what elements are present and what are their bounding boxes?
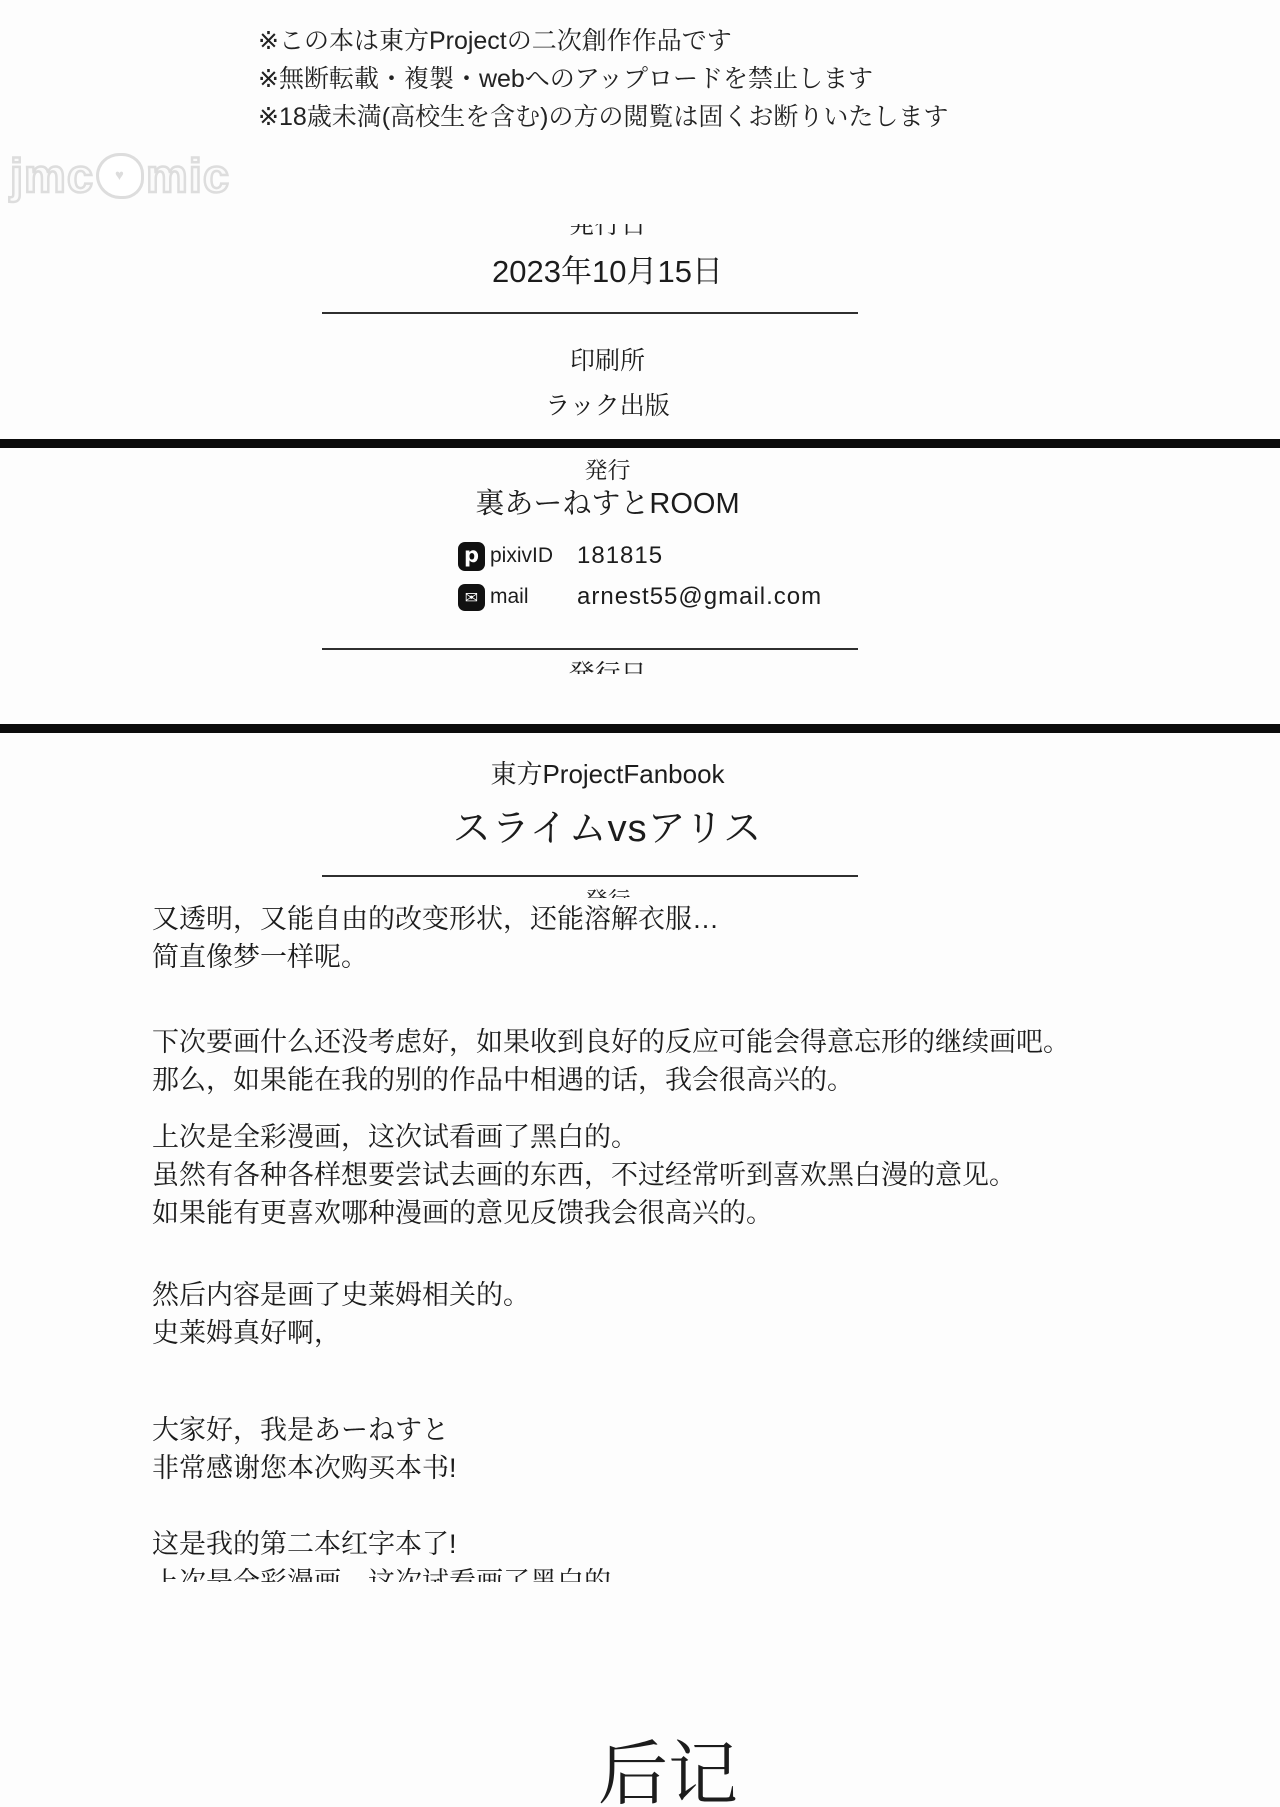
disclaimer-line: ※この本は東方Projectの二次創作作品です [258, 22, 948, 60]
afterword-paragraph-6: 这是我的第二本红字本了! 上次是全彩漫画，这次试看画了黑白的 [152, 1525, 611, 1582]
pixiv-row: p pixivID 181815 [458, 542, 553, 570]
printer-value: ラック出版 [0, 386, 1215, 422]
publish-date-label-clipped-2: 発行日 [0, 660, 1215, 674]
printer-label: 印刷所 [0, 341, 1215, 377]
afterword-line: 如果能有更喜欢哪种漫画的意见反馈我会很高兴的。 [152, 1194, 1016, 1232]
afterword-paragraph-4: 然后内容是画了史莱姆相关的。 史莱姆真好啊， [152, 1276, 530, 1352]
afterword-paragraph-5: 大家好，我是あーねすと 非常感谢您本次购买本书! [152, 1411, 457, 1487]
afterword-line: 大家好，我是あーねすと [152, 1411, 457, 1449]
disclaimer-line: ※18歳未満(高校生を含む)の方の閲覧は固くお断りいたします [258, 98, 948, 136]
disclaimer-line: ※無断転載・複製・webへのアップロードを禁止します [258, 60, 948, 98]
divider-line-1 [322, 312, 858, 314]
heart-icon: ♥ [115, 167, 125, 184]
series-name: 東方ProjectFanbook [0, 754, 1215, 791]
afterword-paragraph-2: 下次要画什么还没考虑好，如果收到良好的反应可能会得意忘形的继续画吧。 那么，如果… [152, 1023, 1070, 1099]
afterword-line: 非常感谢您本次购买本书! [152, 1449, 457, 1487]
publish-date-label-clipped: 発行日 [0, 224, 1215, 239]
afterword-line: 那么，如果能在我的别的作品中相遇的话，我会很高兴的。 [152, 1061, 1070, 1099]
afterword-line: 下次要画什么还没考虑好，如果收到良好的反应可能会得意忘形的继续画吧。 [152, 1023, 1070, 1061]
book-title: スライムvsアリス [0, 797, 1215, 852]
pixiv-label: pixivID [490, 544, 553, 568]
divider-line-2 [322, 648, 858, 650]
afterword-line: 简直像梦一样呢。 [152, 938, 719, 976]
pixiv-id-value: 181815 [577, 542, 663, 570]
afterword-line: 这是我的第二本红字本了! [152, 1525, 611, 1563]
afterword-heading: 后记 [598, 1737, 738, 1807]
afterword-line-clipped: 上次是全彩漫画，这次试看画了黑白的 [152, 1563, 611, 1582]
afterword-paragraph-1: 又透明，又能自由的改变形状，还能溶解衣服… 简直像梦一样呢。 [152, 900, 719, 976]
afterword-line: 史莱姆真好啊， [152, 1314, 530, 1352]
divider-line-3 [322, 875, 858, 877]
publish-date-value: 2023年10月15日 [0, 246, 1215, 291]
mail-row: ✉ mail arnest55@gmail.com [458, 583, 529, 611]
afterword-line: 上次是全彩漫画，这次试看画了黑白的。 [152, 1118, 1016, 1156]
watermark-text-right: mic [146, 148, 230, 203]
afterword-paragraph-3: 上次是全彩漫画，这次试看画了黑白的。 虽然有各种各样想要尝试去画的东西，不过经常… [152, 1118, 1016, 1232]
mail-label: mail [490, 585, 529, 609]
afterword-line: 然后内容是画了史莱姆相关的。 [152, 1276, 530, 1314]
publisher-circle-name: 裏あーねすとROOM [0, 481, 1215, 522]
jmcomic-watermark: jmc ♥ mic [10, 148, 230, 203]
disclaimer-block: ※この本は東方Projectの二次創作作品です ※無断転載・複製・webへのアッ… [258, 22, 948, 136]
jmcomic-mascot-icon: ♥ [96, 153, 144, 199]
black-bar-2 [0, 724, 1280, 733]
pixiv-icon: p [458, 542, 485, 571]
mail-icon: ✉ [458, 584, 485, 611]
watermark-text-left: jmc [10, 148, 94, 203]
afterword-line: 虽然有各种各样想要尝试去画的东西，不过经常听到喜欢黑白漫的意见。 [152, 1156, 1016, 1194]
publisher-label-clipped: 発行 [0, 887, 1215, 898]
afterword-line: 又透明，又能自由的改变形状，还能溶解衣服… [152, 900, 719, 938]
mail-address-value: arnest55@gmail.com [577, 583, 822, 611]
afterword-page: ※この本は東方Projectの二次創作作品です ※無断転載・複製・webへのアッ… [0, 0, 1280, 1807]
black-bar-1 [0, 439, 1280, 448]
